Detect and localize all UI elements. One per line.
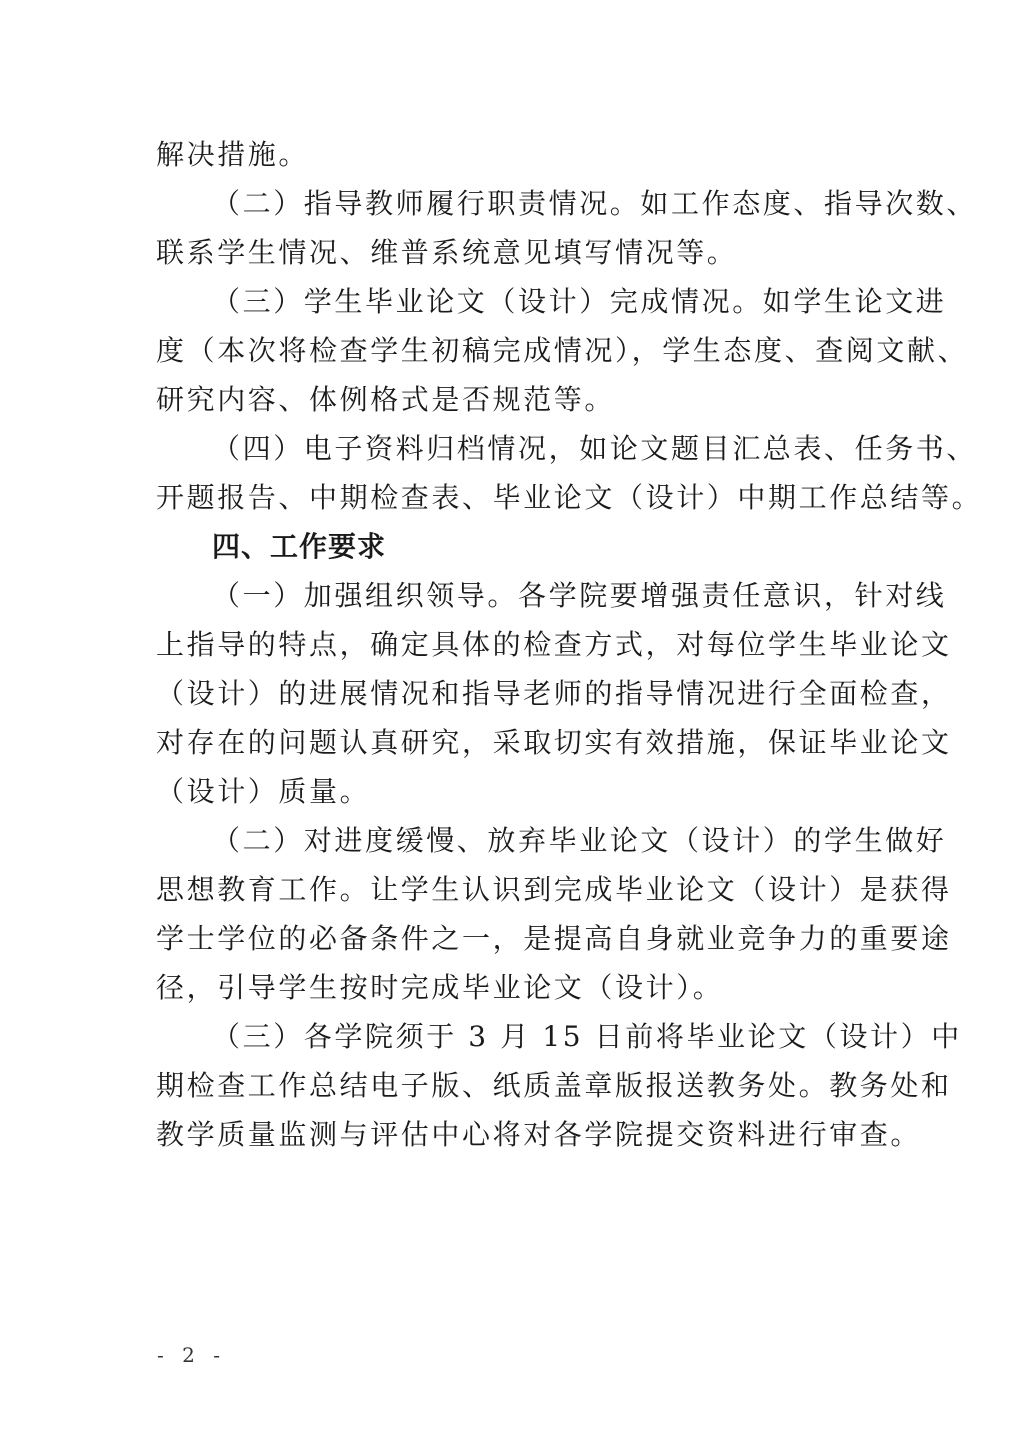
- paragraph-line: （二）对进度缓慢、放弃毕业论文（设计）的学生做好: [212, 823, 868, 859]
- paragraph-line: （设计）的进展情况和指导老师的指导情况进行全面检查，: [156, 676, 868, 712]
- paragraph-line: 对存在的问题认真研究，采取切实有效措施，保证毕业论文: [156, 725, 868, 761]
- paragraph-line: （三）各学院须于 3 月 15 日前将毕业论文（设计）中: [212, 1019, 868, 1055]
- paragraph-line: （设计）质量。: [156, 774, 868, 810]
- paragraph-line: 开题报告、中期检查表、毕业论文（设计）中期工作总结等。: [156, 480, 868, 516]
- paragraph-line: 思想教育工作。让学生认识到完成毕业论文（设计）是获得: [156, 872, 868, 908]
- paragraph-line: （一）加强组织领导。各学院要增强责任意识，针对线: [212, 578, 868, 614]
- paragraph-line: 联系学生情况、维普系统意见填写情况等。: [156, 235, 868, 271]
- paragraph-line: 教学质量监测与评估中心将对各学院提交资料进行审查。: [156, 1117, 868, 1153]
- paragraph-line: 径，引导学生按时完成毕业论文（设计）。: [156, 970, 868, 1006]
- section-heading: 四、工作要求: [212, 529, 868, 565]
- paragraph-line: 期检查工作总结电子版、纸质盖章版报送教务处。教务处和: [156, 1068, 868, 1104]
- paragraph-line: （三）学生毕业论文（设计）完成情况。如学生论文进: [212, 284, 868, 320]
- page-number: - 2 -: [157, 1343, 226, 1367]
- document-page: 解决措施。 （二）指导教师履行职责情况。如工作态度、指导次数、 联系学生情况、维…: [0, 0, 1024, 1448]
- paragraph-line: 解决措施。: [156, 137, 868, 173]
- paragraph-line: 度（本次将检查学生初稿完成情况），学生态度、查阅文献、: [156, 333, 868, 369]
- paragraph-line: 学士学位的必备条件之一，是提高自身就业竞争力的重要途: [156, 921, 868, 957]
- paragraph-line: 研究内容、体例格式是否规范等。: [156, 382, 868, 418]
- paragraph-line: （二）指导教师履行职责情况。如工作态度、指导次数、: [212, 186, 868, 222]
- paragraph-line: （四）电子资料归档情况，如论文题目汇总表、任务书、: [212, 431, 868, 467]
- paragraph-line: 上指导的特点，确定具体的检查方式，对每位学生毕业论文: [156, 627, 868, 663]
